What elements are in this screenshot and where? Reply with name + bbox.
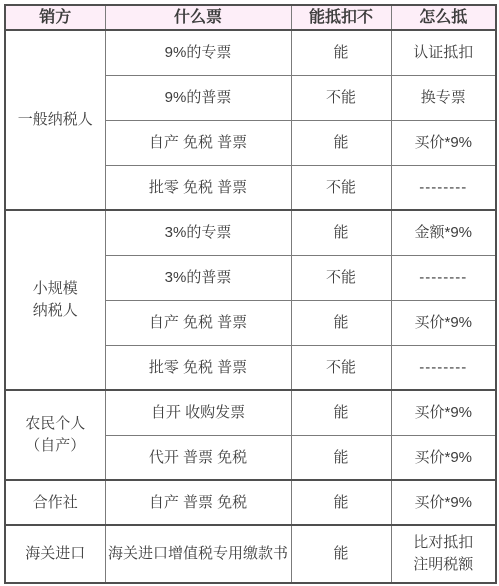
ticket-cell: 3%的专票 [105, 210, 291, 255]
deductible-cell: 能 [291, 30, 391, 75]
tax-deduction-table: 销方 什么票 能抵扣不 怎么抵 一般纳税人 9%的专票 能 认证抵扣 9%的普票… [4, 4, 497, 584]
deductible-cell: 能 [291, 525, 391, 583]
deductible-cell: 能 [291, 480, 391, 525]
ticket-cell: 9%的专票 [105, 30, 291, 75]
ticket-cell: 自产 免税 普票 [105, 120, 291, 165]
ticket-cell: 自产 免税 普票 [105, 300, 291, 345]
ticket-cell: 9%的普票 [105, 75, 291, 120]
header-row: 销方 什么票 能抵扣不 怎么抵 [5, 5, 496, 30]
ticket-cell: 代开 普票 免税 [105, 435, 291, 480]
how-cell: 买价*9% [391, 120, 496, 165]
how-cell: -------- [391, 255, 496, 300]
deductible-cell: 不能 [291, 255, 391, 300]
ticket-cell: 自开 收购发票 [105, 390, 291, 435]
deductible-cell: 能 [291, 210, 391, 255]
how-cell: 买价*9% [391, 390, 496, 435]
col-header-seller: 销方 [5, 5, 105, 30]
deductible-cell: 不能 [291, 345, 391, 390]
how-cell: 买价*9% [391, 300, 496, 345]
how-cell: 比对抵扣 注明税额 [391, 525, 496, 583]
deductible-cell: 能 [291, 120, 391, 165]
how-cell: 金额*9% [391, 210, 496, 255]
table-body: 一般纳税人 9%的专票 能 认证抵扣 9%的普票 不能 换专票 自产 免税 普票… [5, 30, 496, 583]
how-cell: 换专票 [391, 75, 496, 120]
seller-cell-individual-farmer: 农民个人 （自产） [5, 390, 105, 480]
seller-cell-general-taxpayer: 一般纳税人 [5, 30, 105, 210]
seller-cell-customs-import: 海关进口 [5, 525, 105, 583]
col-header-deductible: 能抵扣不 [291, 5, 391, 30]
ticket-cell: 3%的普票 [105, 255, 291, 300]
ticket-cell: 海关进口增值税专用缴款书 [105, 525, 291, 583]
table-row: 农民个人 （自产） 自开 收购发票 能 买价*9% [5, 390, 496, 435]
how-cell: 认证抵扣 [391, 30, 496, 75]
table-row: 一般纳税人 9%的专票 能 认证抵扣 [5, 30, 496, 75]
ticket-cell: 批零 免税 普票 [105, 345, 291, 390]
table-row: 小规模 纳税人 3%的专票 能 金额*9% [5, 210, 496, 255]
col-header-ticket: 什么票 [105, 5, 291, 30]
table-row: 合作社 自产 普票 免税 能 买价*9% [5, 480, 496, 525]
col-header-how: 怎么抵 [391, 5, 496, 30]
ticket-cell: 批零 免税 普票 [105, 165, 291, 210]
table-row: 海关进口 海关进口增值税专用缴款书 能 比对抵扣 注明税额 [5, 525, 496, 583]
how-cell: -------- [391, 345, 496, 390]
deductible-cell: 能 [291, 300, 391, 345]
table-header: 销方 什么票 能抵扣不 怎么抵 [5, 5, 496, 30]
how-cell: 买价*9% [391, 435, 496, 480]
seller-cell-cooperative: 合作社 [5, 480, 105, 525]
how-cell: 买价*9% [391, 480, 496, 525]
deductible-cell: 能 [291, 435, 391, 480]
ticket-cell: 自产 普票 免税 [105, 480, 291, 525]
seller-cell-small-scale-taxpayer: 小规模 纳税人 [5, 210, 105, 390]
deductible-cell: 不能 [291, 165, 391, 210]
deductible-cell: 能 [291, 390, 391, 435]
how-cell: -------- [391, 165, 496, 210]
page: 销方 什么票 能抵扣不 怎么抵 一般纳税人 9%的专票 能 认证抵扣 9%的普票… [0, 0, 499, 586]
deductible-cell: 不能 [291, 75, 391, 120]
